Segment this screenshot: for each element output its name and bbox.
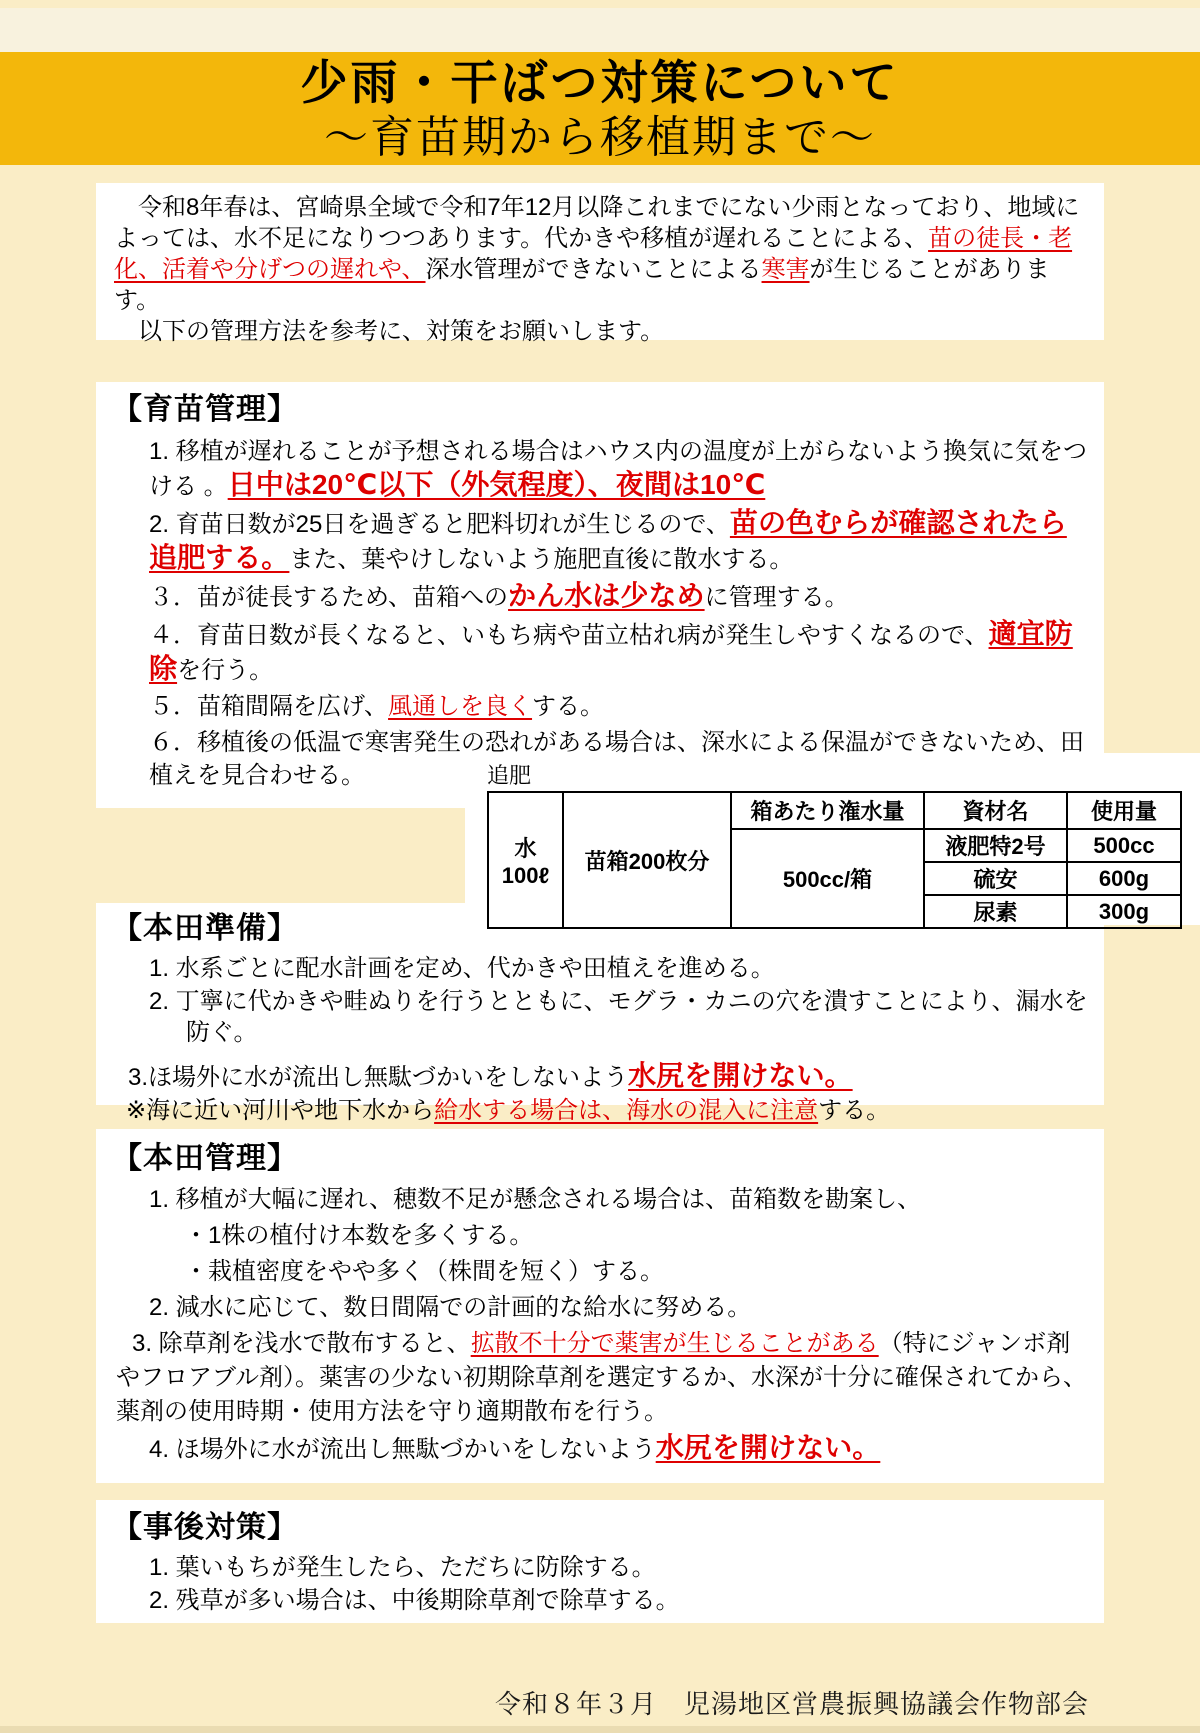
highlighted-text-segment: 風通しを良く [388,693,532,720]
intro-paragraph-1: 令和8年春は、宮崎県全域で令和7年12月以降これまでにない少雨となっており、地域… [114,192,1086,316]
text-segment: また、葉やけしないよう施肥直後に散水する。 [289,546,793,573]
section-heading: 【本田管理】 [112,1137,1088,1181]
document-page: 少雨・干ばつ対策について ～育苗期から移植期まで～ 令和8年春は、宮崎県全域で令… [0,0,1200,1733]
text-segment: ３．苗が徒長するため、苗箱への [149,584,508,611]
text-segment: を行う。 [177,657,273,684]
section-heading: 【事後対策】 [112,1506,1088,1550]
highlighted-text-segment: 給水する場合は、海水の混入に注意 [434,1097,818,1124]
text-segment: 深水管理ができないことによる [426,256,762,283]
paddy-prep-item-list: 1. 水系ごとに配水計画を定め、代かきや田植えを進める。2. 丁寧に代かきや畦ぬ… [112,953,1088,1126]
list-item: 1. 移植が大幅に遅れ、穂数不足が懸念される場合は、苗箱数を勘案し、 [112,1183,1088,1217]
highlighted-text-segment: 拡散不十分で薬害が生じることがある [471,1330,879,1357]
list-item: ・1株の植付け本数を多くする。 [112,1219,1088,1253]
list-item: 2. 丁寧に代かきや畦ぬりを行うとともに、モグラ・カニの穴を潰すことにより、漏水… [112,986,1088,1048]
highlighted-text-segment: 水尻を開けない。 [656,1432,881,1463]
per-box-volume-cell: 500cc/箱 [731,829,924,928]
list-item: ３．苗が徒長するため、苗箱へのかん水は少なめに管理する。 [112,579,1088,614]
list-item: 1. 水系ごとに配水計画を定め、代かきや田植えを進める。 [112,953,1088,984]
page-title: 少雨・干ばつ対策について [0,52,1200,113]
paddy-mgmt-item-list: 1. 移植が大幅に遅れ、穂数不足が懸念される場合は、苗箱数を勘案し、・1株の植付… [112,1183,1088,1467]
highlighted-text-segment: 日中は20℃以下（外気程度）、夜間は10℃ [228,469,766,500]
column-header-amount: 使用量 [1067,792,1181,829]
list-item: 2. 減水に応じて、数日間隔での計画的な給水に努める。 [112,1291,1088,1325]
text-segment: 2. 減水に応じて、数日間隔での計画的な給水に努める。 [149,1294,751,1321]
material-name-cell: 尿素 [924,895,1067,928]
text-segment: 2. 育苗日数が25日を過ぎると肥料切れが生じるので、 [149,511,730,538]
list-item: ５．苗箱間隔を広げ、風通しを良くする。 [112,690,1088,723]
list-item: ４．育苗日数が長くなると、いもち病や苗立枯れ病が発生しやすくなるので、適宜防除を… [112,617,1088,687]
text-segment: に管理する。 [705,584,849,611]
text-segment: 1. 水系ごとに配水計画を定め、代かきや田植えを進める。 [149,955,775,982]
list-item: ・栽植密度をやや多く（株間を短く）する。 [112,1255,1088,1289]
text-segment: 2. 丁寧に代かきや畦ぬりを行うとともに、モグラ・カニの穴を潰すことにより、漏水… [149,988,1088,1046]
after-measures-item-list: 1. 葉いもちが発生したら、ただちに防除する。2. 残草が多い場合は、中後期除草… [112,1552,1088,1616]
text-segment: する。 [532,693,604,720]
page-bottom-edge [0,1726,1200,1733]
text-segment: 2. 残草が多い場合は、中後期除草剤で除草する。 [149,1587,680,1614]
water-volume-cell: 水100ℓ [488,792,563,928]
section-seedling-management: 【育苗管理】 1. 移植が遅れることが予想される場合はハウス内の温度が上がらない… [96,382,1104,808]
text-segment: 3. 除草剤を浅水で散布すると、 [132,1330,471,1357]
column-header-material: 資材名 [924,792,1067,829]
material-amount-cell: 300g [1067,895,1181,928]
text-segment: ・1株の植付け本数を多くする。 [184,1222,533,1249]
list-item: 2. 育苗日数が25日を過ぎると肥料切れが生じるので、苗の色むらが確認されたら追… [112,506,1088,576]
topdressing-label: 追肥 [487,763,1200,789]
text-segment: ・栽植密度をやや多く（株間を短く）する。 [184,1258,664,1285]
list-item: 1. 葉いもちが発生したら、ただちに防除する。 [112,1552,1088,1583]
footer-credit: 令和８年３月 児湯地区営農振興協議会作物部会 [495,1684,1089,1721]
table-row: 水100ℓ 苗箱200枚分 箱あたり潅水量 資材名 使用量 [488,792,1181,829]
intro-paragraph-2: 以下の管理方法を参考に、対策をお願いします。 [114,316,1086,347]
material-name-cell: 硫安 [924,862,1067,895]
intro-panel: 令和8年春は、宮崎県全域で令和7年12月以降これまでにない少雨となっており、地域… [96,183,1104,340]
title-band: 少雨・干ばつ対策について ～育苗期から移植期まで～ [0,52,1200,165]
text-segment: 1. 移植が大幅に遅れ、穂数不足が懸念される場合は、苗箱数を勘案し、 [149,1186,921,1213]
highlighted-text-segment: かん水は少なめ [508,580,705,611]
topdressing-table: 水100ℓ 苗箱200枚分 箱あたり潅水量 資材名 使用量 500cc/箱 液肥… [487,791,1182,929]
section-heading: 【育苗管理】 [112,388,1088,432]
list-item: 2. 残草が多い場合は、中後期除草剤で除草する。 [112,1585,1088,1616]
list-item: 4. ほ場外に水が流出し無駄づかいをしないよう水尻を開けない。 [112,1431,1088,1467]
top-pale-strip [0,8,1200,52]
material-amount-cell: 500cc [1067,829,1181,862]
material-name-cell: 液肥特2号 [924,829,1067,862]
text-segment: する。 [818,1097,890,1124]
highlighted-text-segment: 寒害 [762,256,810,283]
section-paddy-management: 【本田管理】 1. 移植が大幅に遅れ、穂数不足が懸念される場合は、苗箱数を勘案し… [96,1129,1104,1483]
seedling-boxes-cell: 苗箱200枚分 [563,792,731,928]
highlighted-text-segment: 水尻を開けない。 [628,1060,853,1091]
section-after-measures: 【事後対策】 1. 葉いもちが発生したら、ただちに防除する。2. 残草が多い場合… [96,1500,1104,1623]
text-segment: 1. 葉いもちが発生したら、ただちに防除する。 [149,1554,656,1581]
list-item: 1. 移植が遅れることが予想される場合はハウス内の温度が上がらないよう換気に気を… [112,435,1088,503]
seedling-item-list: 1. 移植が遅れることが予想される場合はハウス内の温度が上がらないよう換気に気を… [112,435,1088,792]
list-item: 3.ほ場外に水が流出し無駄づかいをしないよう水尻を開けない。 [112,1060,1088,1093]
topdressing-table-box: 追肥 水100ℓ 苗箱200枚分 箱あたり潅水量 資材名 使用量 500cc/箱… [465,753,1200,925]
section-paddy-preparation: 【本田準備】 1. 水系ごとに配水計画を定め、代かきや田植えを進める。2. 丁寧… [96,903,1104,1105]
page-subtitle: ～育苗期から移植期まで～ [0,113,1200,163]
text-segment: 3.ほ場外に水が流出し無駄づかいをしないよう [128,1064,628,1091]
list-item: ※海に近い河川や地下水から給水する場合は、海水の混入に注意する。 [112,1095,1088,1126]
text-segment: ４．育苗日数が長くなると、いもち病や苗立枯れ病が発生しやすくなるので、 [149,622,989,649]
material-amount-cell: 600g [1067,862,1181,895]
text-segment: 4. ほ場外に水が流出し無駄づかいをしないよう [149,1436,656,1463]
list-item: 3. 除草剤を浅水で散布すると、拡散不十分で薬害が生じることがある（特にジャンボ… [112,1327,1088,1429]
text-segment: 以下の管理方法を参考に、対策をお願いします。 [114,318,664,345]
column-header-per-box: 箱あたり潅水量 [731,792,924,829]
text-segment: ５．苗箱間隔を広げ、 [149,693,388,720]
text-segment: ※海に近い河川や地下水から [126,1097,434,1124]
